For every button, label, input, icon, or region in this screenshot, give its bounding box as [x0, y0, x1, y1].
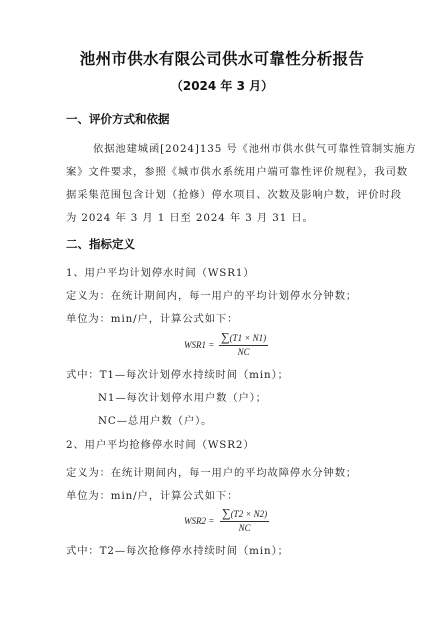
sigma-icon: ∑ [221, 330, 230, 344]
formula-fraction: ∑(T1 × N1) NC [219, 330, 268, 357]
variable-t2: T2—每次抢修停水持续时间（min）； [100, 545, 289, 557]
formula-lhs: WSR2 = [184, 516, 214, 526]
variable-nc: NC—总用户数（户）。 [98, 412, 212, 427]
sigma-icon: ∑ [222, 506, 231, 520]
indicator-unit-wsr2: 单位为：min/户，计算公式如下： [66, 487, 238, 502]
variable-t1: T1—每次计划停水持续时间（min）； [100, 369, 289, 381]
paragraph-line: 案》文件要求，参照《城市供水系统用户端可靠性评价规程》，我司数 [66, 163, 408, 178]
formula-variables-intro: 式中：T2—每次抢修停水持续时间（min）； [66, 542, 289, 557]
formula-variables-intro: 式中：T1—每次计划停水持续时间（min）； [66, 366, 289, 381]
formula-lhs: WSR1 = [184, 340, 214, 350]
indicator-definition-wsr1: 定义为：在统计期间内，每一用户的平均计划停水分钟数； [66, 287, 357, 302]
formula-wsr2: WSR2 = ∑(T2 × N2) NC [184, 506, 284, 540]
formula-fraction: ∑(T2 × N2) NC [220, 506, 269, 533]
section-heading-indicator-definition: 二、指标定义 [66, 236, 135, 252]
paragraph-line: 为 2024 年 3 月 1 日至 2024 年 3 月 31 日。 [66, 209, 314, 224]
formula-numerator: ∑(T1 × N1) [219, 330, 268, 346]
indicator-definition-wsr2: 定义为：在统计期间内，每一用户的平均故障停水分钟数； [66, 464, 357, 479]
paragraph-line: 依据池建城函[2024]135 号《池州市供水供气可靠性管制实施方 [93, 140, 417, 155]
where-prefix: 式中： [66, 545, 100, 557]
where-prefix: 式中： [66, 369, 100, 381]
formula-numerator: ∑(T2 × N2) [220, 506, 269, 522]
indicator-title-wsr2: 2、用户平均抢修停水时间（WSR2） [66, 436, 255, 451]
indicator-unit-wsr1: 单位为：min/户，计算公式如下： [66, 310, 238, 325]
formula-wsr1: WSR1 = ∑(T1 × N1) NC [184, 330, 284, 364]
document-page: 池州市供水有限公司供水可靠性分析报告 （2024 年 3 月） 一、评价方式和依… [0, 0, 444, 628]
paragraph-line: 据采集范围包含计划（抢修）停水项目、次数及影响户数，评价时段 [66, 186, 402, 201]
variable-n1: N1—每次计划停水用户数（户）； [98, 389, 267, 404]
formula-denominator: NC [220, 522, 269, 533]
section-heading-evaluation-method: 一、评价方式和依据 [66, 111, 170, 127]
numerator-text: (T1 × N1) [230, 333, 267, 343]
indicator-title-wsr1: 1、用户平均计划停水时间（WSR1） [66, 264, 255, 279]
formula-denominator: NC [219, 346, 268, 357]
document-title: 池州市供水有限公司供水可靠性分析报告 [0, 47, 444, 69]
numerator-text: (T2 × N2) [231, 509, 268, 519]
document-subtitle: （2024 年 3 月） [0, 77, 444, 94]
